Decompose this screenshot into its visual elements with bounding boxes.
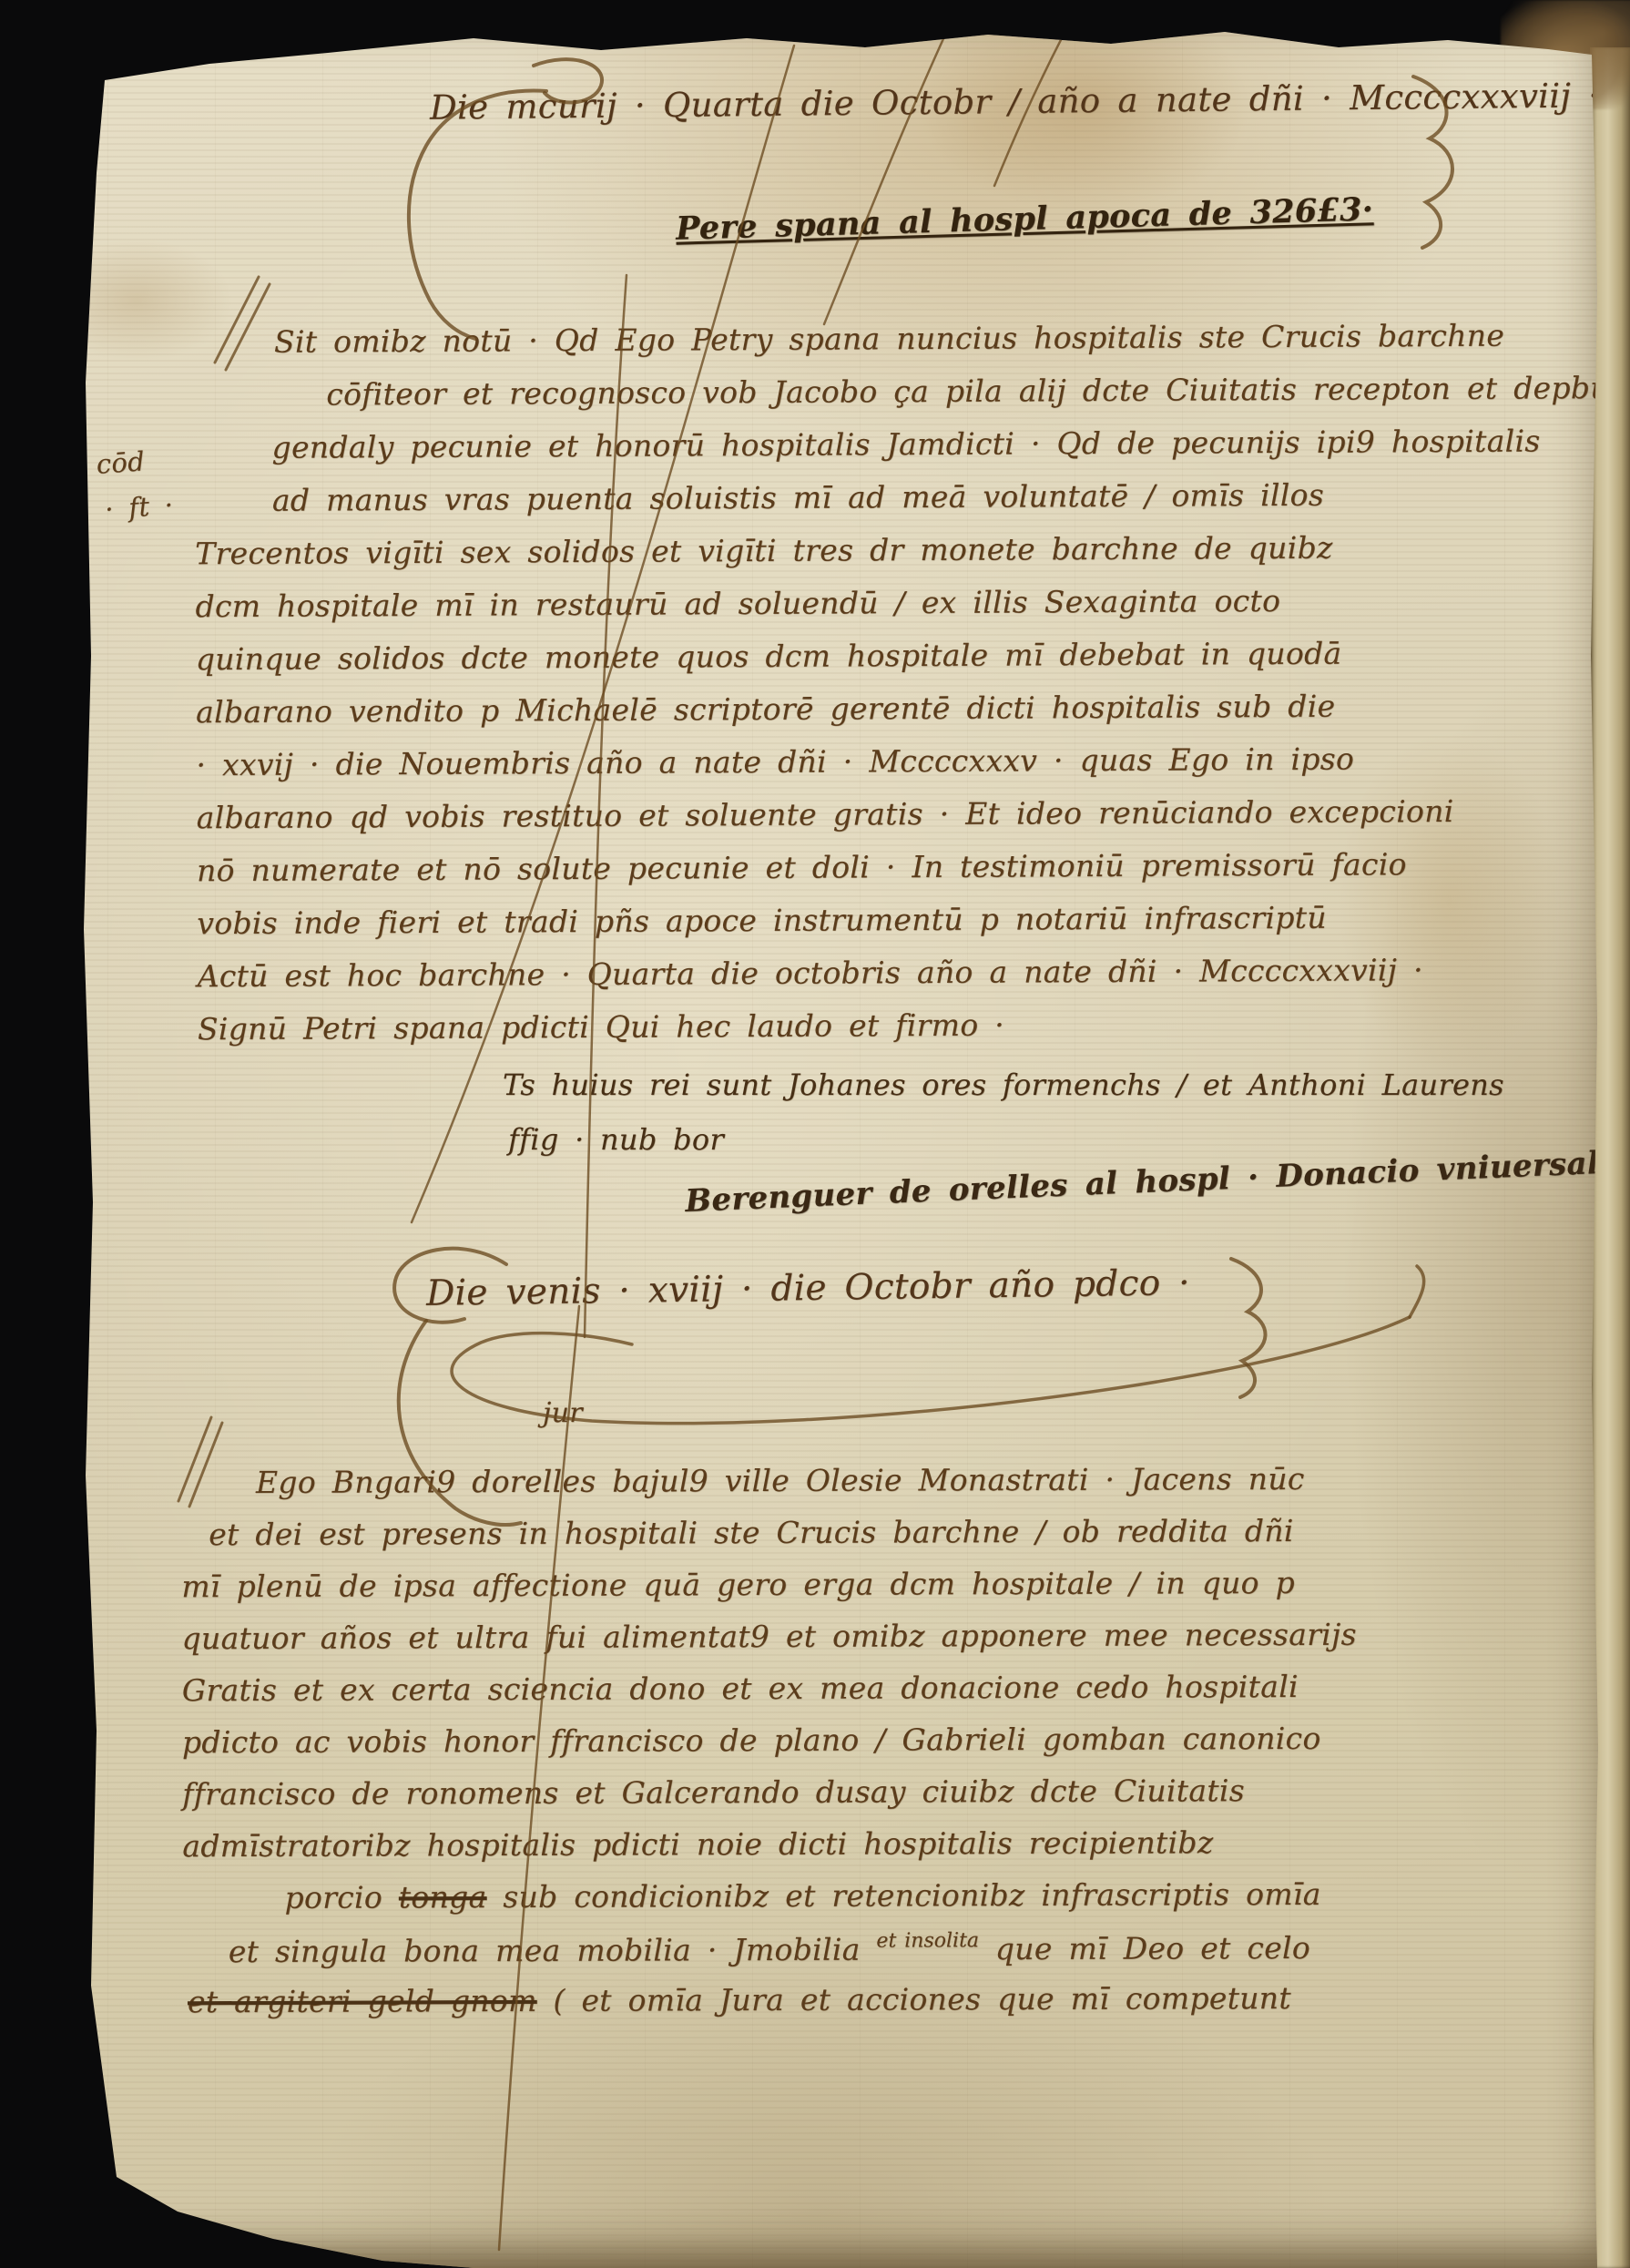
manuscript-line: quatuor años et ultra fui alimentat9 et … (182, 1617, 1357, 1673)
manuscript-line: albarano qd vobis restituo et soluente g… (197, 792, 1630, 853)
manuscript-line: admīstratoribz hospitalis pdicti noie di… (182, 1824, 1357, 1881)
manuscript-line: porcio tonga sub condicionibz et retenci… (183, 1876, 1358, 1933)
manuscript-line: dcm hospitale mī in restaurū ad soluendū… (195, 581, 1630, 641)
strikethrough-text: et argiteri geld gnom (188, 1983, 537, 2019)
line-text: porcio (285, 1879, 399, 1915)
archive-photograph: { "colors": { "background": "#0a0a0b", "… (0, 0, 1630, 2268)
manuscript-line: quinque solidos dcte monete quos dcm hos… (196, 634, 1630, 694)
line-text: ( et omīa Jura et acciones que mī compet… (537, 1980, 1291, 2018)
manuscript-line: cōfiteor et recognosco vob Jacobo ça pil… (194, 370, 1630, 430)
manuscript-line: mī plenū de ipsa affectione quā gero erg… (181, 1565, 1356, 1621)
strikethrough-text: tonga (399, 1879, 487, 1915)
manuscript-line: ad manus vras puenta soluistis mī ad meā… (195, 475, 1630, 536)
margin-note-line: · ft · (98, 489, 175, 540)
interlinear-insertion: et insolita (876, 1929, 979, 1952)
binding-gutter (1590, 47, 1630, 2268)
line-text: sub condicionibz et retencionibz infrasc… (486, 1876, 1320, 1915)
manuscript-line: ffrancisco de ronomens et Galcerando dus… (182, 1773, 1357, 1829)
catchword: jur (543, 1397, 583, 1429)
manuscript-line: · xxvij · die Nouembris año a nate dñi ·… (196, 740, 1630, 800)
witness-line-1: Ts huius rei sunt Johanes ores formenchs… (503, 1068, 1504, 1102)
manuscript-line: Actū est hoc barchne · Quarta die octobr… (198, 951, 1630, 1011)
manuscript-line: nō numerate et nō solute pecunie et doli… (197, 845, 1630, 905)
manuscript-line: vobis inde fieri et tradi pñs apoce inst… (197, 898, 1630, 958)
manuscript-line: pdicto ac vobis honor ffrancisco de plan… (182, 1721, 1357, 1777)
line-text: que mī Deo et celo (979, 1930, 1310, 1967)
witness-line-2: ffig · nub bor (508, 1122, 724, 1157)
manuscript-page: Die mcurij · Quarta die Octobr / año a n… (0, 0, 1630, 2268)
manuscript-line: et singula bona mea mobilia · Jmobilia e… (183, 1928, 1358, 1985)
margin-note: cōd · ft · (96, 444, 176, 539)
margin-note-line: cōd (96, 444, 172, 495)
manuscript-line: et dei est presens in hospitali ste Cruc… (181, 1513, 1356, 1569)
line-text: et singula bona mea mobilia · Jmobilia (229, 1932, 877, 1969)
body-paragraph-2: Ego Bngari9 dorelles bajul9 ville Olesie… (181, 1461, 1358, 2037)
manuscript-line: et argiteri geld gnom ( et omīa Jura et … (183, 1980, 1358, 2037)
manuscript-line: Trecentos vigīti sex solidos et vigīti t… (195, 528, 1630, 588)
manuscript-line: Sit omibz notū · Qd Ego Petry spana nunc… (194, 317, 1630, 377)
body-paragraph-1: Sit omibz notū · Qd Ego Petry spana nunc… (194, 317, 1630, 1064)
manuscript-line: Ego Bngari9 dorelles bajul9 ville Olesie… (181, 1461, 1356, 1517)
manuscript-line: gendaly pecunie et honorū hospitalis Jam… (194, 423, 1630, 483)
manuscript-line: Gratis et ex certa sciencia dono et ex m… (182, 1669, 1357, 1725)
manuscript-line: albarano vendito p Michaelē scriptorē ge… (196, 687, 1630, 747)
manuscript-line: Signū Petri spana pdicti Qui hec laudo e… (198, 1004, 1630, 1064)
